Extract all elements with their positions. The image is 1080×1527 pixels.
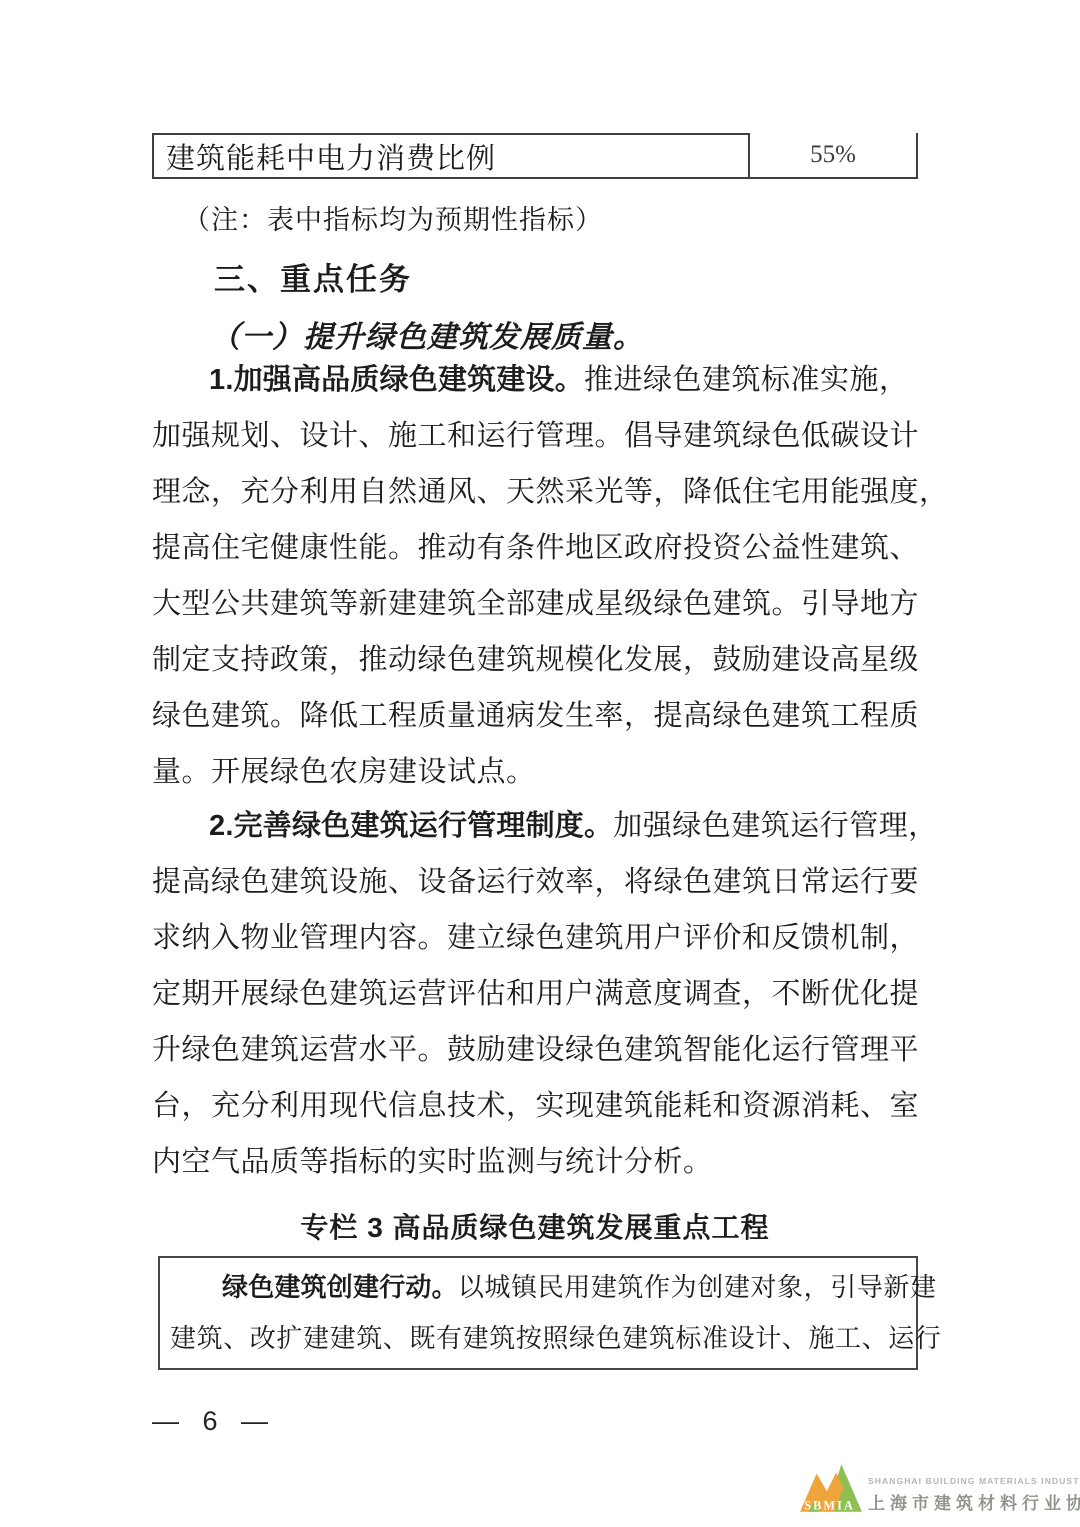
paragraph-text: 加强绿色建筑运行管理， [613,810,938,842]
paragraph-line: 1.加强高品质绿色建筑建设。推进绿色建筑标准实施， [152,352,944,408]
paragraph-line: 量。开展绿色农房建设试点。 [152,744,944,800]
association-logo: SBMIA SHANGHAI BUILDING MATERIALS INDUST… [798,1460,1080,1516]
logo-name-chinese: 上海市建筑材料行业协会 [868,1489,1080,1514]
paragraph-line: 提高绿色建筑设施、设备运行效率，将绿色建筑日常运行要 [152,854,944,910]
paragraph-text: 推进绿色建筑标准实施， [584,364,909,396]
section-subheading: （一）提升绿色建筑发展质量。 [210,312,644,356]
sbmia-mountain-logo-icon: SBMIA [798,1460,864,1516]
paragraph-lead: 2.完善绿色建筑运行管理制度。 [209,810,613,842]
paragraph-line: 求纳入物业管理内容。建立绿色建筑用户评价和反馈机制， [152,910,944,966]
table-note: （注：表中指标均为预期性指标） [183,198,603,237]
section-heading: 三、重点任务 [214,254,412,299]
paragraph-line: 大型公共建筑等新建建筑全部建成星级绿色建筑。引导地方 [152,576,944,632]
paragraph-lead: 1.加强高品质绿色建筑建设。 [209,364,584,396]
sbmia-monogram: SBMIA [804,1499,855,1513]
paragraph-line: 制定支持政策，推动绿色建筑规模化发展，鼓励建设高星级 [152,632,944,688]
column-box-text: 以城镇民用建筑作为创建对象，引导新建 [458,1273,937,1302]
paragraph-line: 升绿色建筑运营水平。鼓励建设绿色建筑智能化运行管理平 [152,1022,944,1078]
paragraph-line: 绿色建筑。降低工程质量通病发生率，提高绿色建筑工程质 [152,688,944,744]
page-number: — 6 — [152,1406,276,1437]
paragraph-line: 加强规划、设计、施工和运行管理。倡导建筑绿色低碳设计 [152,408,944,464]
column-box: 绿色建筑创建行动。以城镇民用建筑作为创建对象，引导新建 建筑、改扩建建筑、既有建… [158,1256,918,1370]
column-title: 专栏 3 高品质绿色建筑发展重点工程 [152,1206,918,1246]
column-box-line: 建筑、改扩建建筑、既有建筑按照绿色建筑标准设计、施工、运行 [170,1313,908,1365]
paragraph-1: 1.加强高品质绿色建筑建设。推进绿色建筑标准实施， 加强规划、设计、施工和运行管… [152,352,944,800]
logo-text: SHANGHAI BUILDING MATERIALS INDUSTRY ASS… [868,1476,1080,1516]
paragraph-line: 内空气品质等指标的实时监测与统计分析。 [152,1134,944,1190]
document-page: 建筑能耗中电力消费比例 55% （注：表中指标均为预期性指标） 三、重点任务 （… [0,0,1080,1527]
paragraph-line: 台，充分利用现代信息技术，实现建筑能耗和资源消耗、室 [152,1078,944,1134]
paragraph-line: 2.完善绿色建筑运行管理制度。加强绿色建筑运行管理， [152,798,944,854]
column-box-line: 绿色建筑创建行动。以城镇民用建筑作为创建对象，引导新建 [170,1261,908,1313]
table-cell-value: 55% [750,133,918,179]
paragraph-line: 提高住宅健康性能。推动有条件地区政府投资公益性建筑、 [152,520,944,576]
paragraph-line: 理念，充分利用自然通风、天然采光等，降低住宅用能强度， [152,464,944,520]
table-cell-indicator: 建筑能耗中电力消费比例 [152,133,750,179]
paragraph-2: 2.完善绿色建筑运行管理制度。加强绿色建筑运行管理， 提高绿色建筑设施、设备运行… [152,798,944,1190]
logo-name-english: SHANGHAI BUILDING MATERIALS INDUSTRY ASS… [868,1476,1080,1486]
table-row: 建筑能耗中电力消费比例 55% [152,133,918,179]
paragraph-line: 定期开展绿色建筑运营评估和用户满意度调查，不断优化提 [152,966,944,1022]
column-box-lead: 绿色建筑创建行动。 [222,1272,458,1302]
